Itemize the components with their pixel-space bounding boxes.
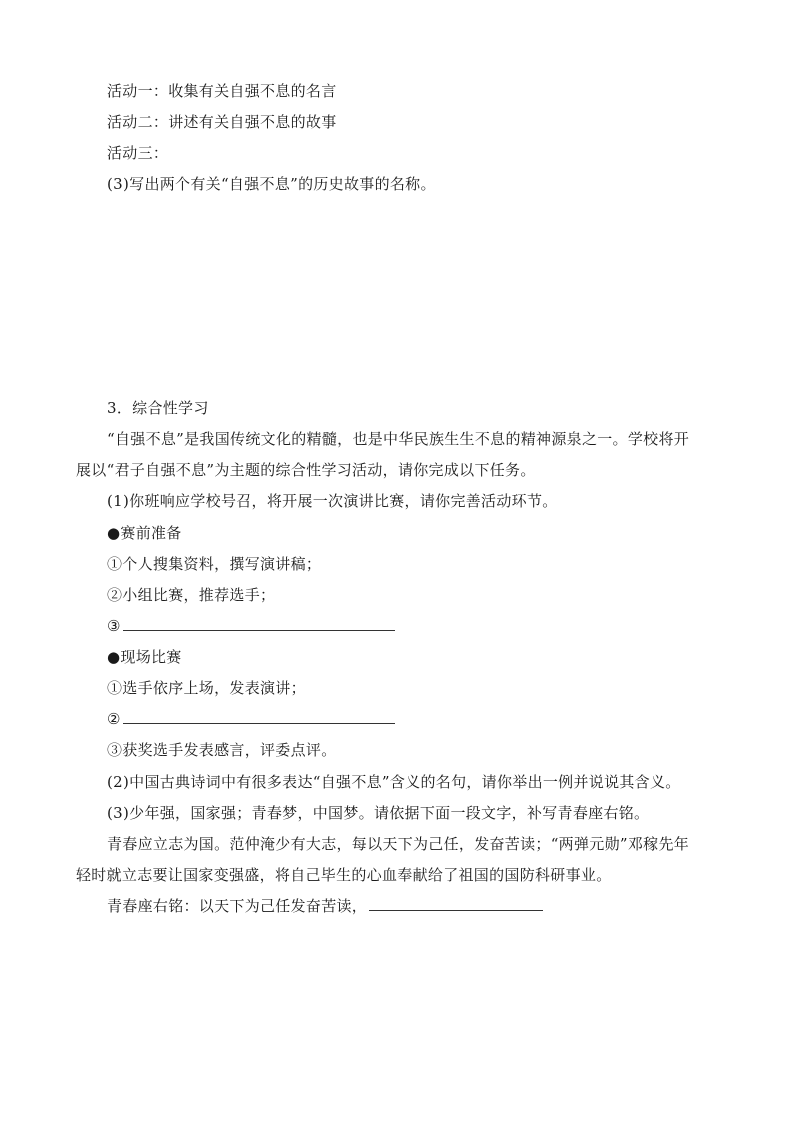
pre-item-3-label: ③ <box>107 617 121 635</box>
pre-item-2: ②小组比赛，推荐选手； <box>107 585 275 605</box>
live-item-1: ①选手依序上场，发表演讲； <box>107 678 306 698</box>
activity-3: 活动三： <box>107 143 168 163</box>
section-heading: 3．综合性学习 <box>107 398 209 418</box>
motto-line: 青春座右铭：以天下为己任发奋苦读， <box>107 896 543 916</box>
passage-line-1: 青春应立志为国。范仲淹少有大志，每以天下为己任，发奋苦读；“两弹元勋”邓稼先年 <box>107 834 689 854</box>
intro-line-2: 展以“君子自强不息”为主题的综合性学习活动，请你完成以下任务。 <box>76 460 536 480</box>
live-competition-heading: ●现场比赛 <box>107 647 182 667</box>
activity-2: 活动二：讲述有关自强不息的故事 <box>107 112 337 132</box>
pre-item-1: ①个人搜集资料，撰写演讲稿； <box>107 554 321 574</box>
live-item-2-label: ② <box>107 710 121 728</box>
pre-competition-heading: ●赛前准备 <box>107 523 182 543</box>
question-3-prev: (3)写出两个有关“自强不息”的历史故事的名称。 <box>107 174 436 194</box>
passage-line-2: 轻时就立志要让国家变强盛，将自己毕生的心血奉献给了祖国的国防科研事业。 <box>76 865 612 885</box>
question-3: (3)少年强，国家强；青春梦，中国梦。请依据下面一段文字，补写青春座右铭。 <box>107 803 649 823</box>
pre-item-3: ③ <box>107 616 395 636</box>
question-2: (2)中国古典诗词中有很多表达“自强不息”含义的名句，请你举出一例并说说其含义。 <box>107 772 681 792</box>
activity-1: 活动一：收集有关自强不息的名言 <box>107 81 337 101</box>
motto-label: 青春座右铭：以天下为己任发奋苦读， <box>107 897 367 915</box>
live-item-2: ② <box>107 709 395 729</box>
intro-line-1: “自强不息”是我国传统文化的精髓，也是中华民族生生不息的精神源泉之一。学校将开 <box>107 429 689 449</box>
answer-blank[interactable] <box>123 709 395 724</box>
answer-blank[interactable] <box>123 616 395 631</box>
motto-answer-blank[interactable] <box>369 896 543 911</box>
question-1: (1)你班响应学校号召，将开展一次演讲比赛，请你完善活动环节。 <box>107 491 558 511</box>
live-item-3: ③获奖选手发表感言，评委点评。 <box>107 740 337 760</box>
